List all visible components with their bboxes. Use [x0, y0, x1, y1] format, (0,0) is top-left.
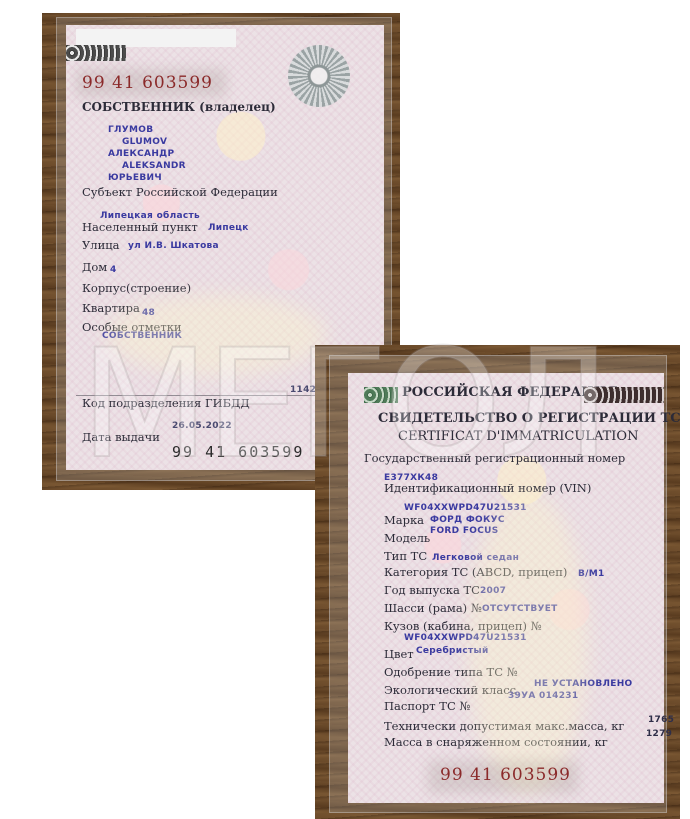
title-fr: CERTIFICAT D'IMMATRICULATION [398, 429, 638, 444]
model-label: Модель [384, 531, 430, 545]
owner-surname-ru: ГЛУМОВ [108, 125, 153, 135]
chassis-label: Шасси (рама) № [384, 601, 482, 615]
ornament-band [66, 45, 126, 61]
make-label: Марка [384, 513, 424, 527]
year-label: Год выпуска ТС [384, 583, 480, 597]
locality-value: Липецк [208, 223, 249, 233]
region-label: Субъект Российской Федерации [82, 185, 278, 199]
plate-label: Государственный регистрационный номер [364, 451, 625, 465]
serial-number-bottom: 99 41 603599 [440, 765, 571, 785]
owner-patronymic: ЮРЬЕВИЧ [108, 173, 162, 183]
vin-label: Идентификационный номер (VIN) [384, 481, 591, 495]
title-ru: СВИДЕТЕЛЬСТВО О РЕГИСТРАЦИИ ТС [378, 411, 680, 426]
house-value: 4 [110, 265, 117, 275]
owner-surname-lat: GLUMOV [122, 137, 167, 147]
hologram-emblem-icon [288, 45, 350, 107]
registration-card-front: РОССИЙСКАЯ ФЕДЕРАЦИЯ СВИДЕТЕЛЬСТВО О РЕГ… [348, 373, 664, 803]
type-label: Тип ТС [384, 549, 427, 563]
color-label: Цвет [384, 647, 414, 661]
house-label: Дом [82, 260, 107, 274]
issue-date-label: Дата выдачи [82, 430, 160, 444]
ornament-right [584, 387, 664, 403]
serial-number-top: 99 41 603599 [82, 73, 213, 93]
owner-name-ru: АЛЕКСАНДР [108, 149, 174, 159]
max-mass-value: 1765 [648, 715, 674, 725]
locality-label: Населенный пункт [82, 220, 198, 234]
issue-date-value: 26.05.2022 [172, 421, 232, 431]
gibdd-code-label: Код подразделения ГИБДД [82, 396, 250, 410]
owner-heading: СОБСТВЕННИК (владелец) [82, 100, 276, 114]
passport-label: Паспорт ТС № [384, 699, 470, 713]
serial-number-bottom: 99 41 603599 [172, 443, 304, 461]
light-glare [106, 295, 326, 375]
light-glare [468, 493, 588, 793]
photo-registration-front: РОССИЙСКАЯ ФЕДЕРАЦИЯ СВИДЕТЕЛЬСТВО О РЕГ… [315, 345, 680, 819]
street-label: Улица [82, 238, 120, 252]
building-label: Корпус(строение) [82, 281, 191, 295]
curb-mass-value: 1279 [646, 729, 672, 739]
ornament-left [364, 387, 398, 403]
street-value: ул И.В. Шкатова [128, 241, 219, 251]
owner-name-lat: ALEKSANDR [122, 161, 186, 171]
